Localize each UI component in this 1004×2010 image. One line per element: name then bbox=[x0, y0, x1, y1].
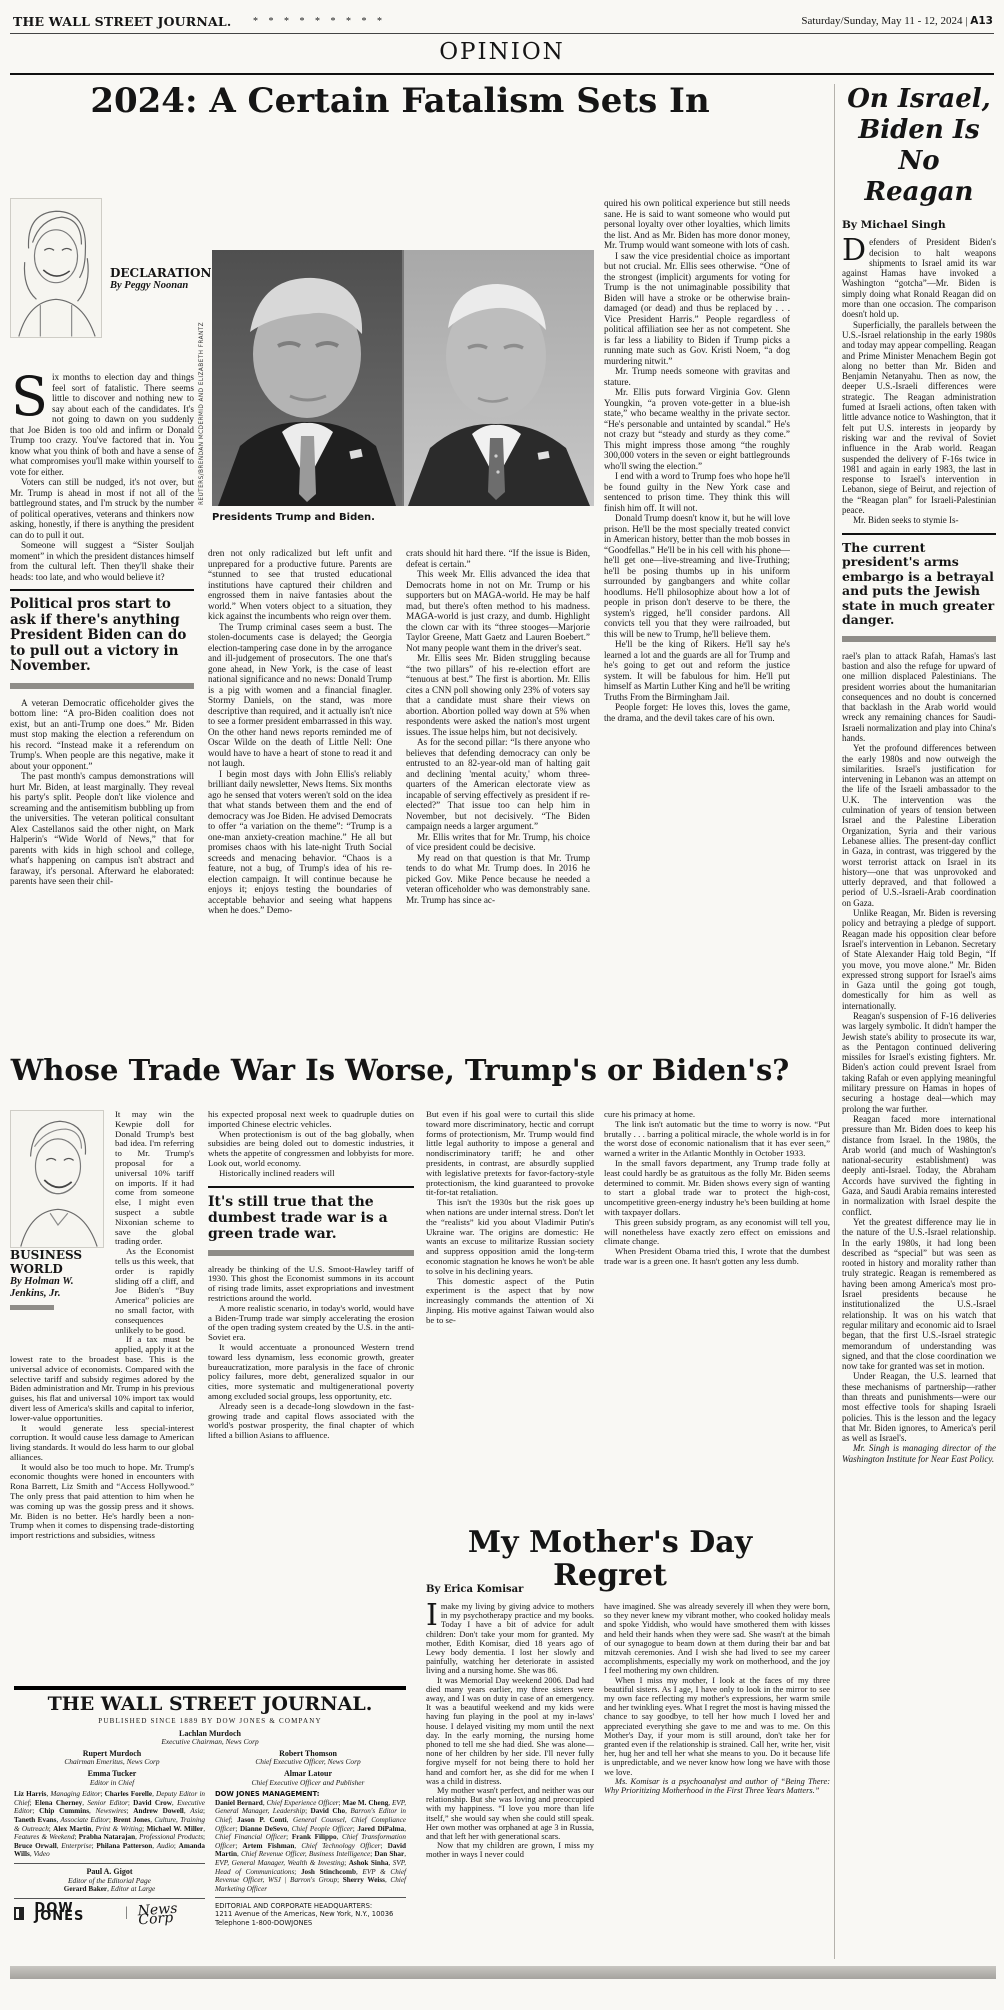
paragraph: When I miss my mother, I look at the fac… bbox=[604, 1676, 830, 1777]
paragraph: My mother wasn't perfect, and neither wa… bbox=[426, 1786, 594, 1841]
pull-quote-bar bbox=[208, 1250, 414, 1256]
person-role: , Senior Editor bbox=[82, 1799, 128, 1807]
person-role: , Editor at Large bbox=[107, 1885, 155, 1893]
paragraph: Mr. Trump needs someone with gravitas an… bbox=[604, 366, 790, 387]
masthead-columns: Liz Harris, Managing Editor; Charles For… bbox=[14, 1790, 406, 1927]
paragraph: The past month's campus demonstrations w… bbox=[10, 771, 194, 887]
person-role: , Professional Products bbox=[135, 1833, 203, 1841]
singh-author-bio: Mr. Singh is managing director of the Wa… bbox=[842, 1443, 996, 1464]
person-name: Ashok Sinha bbox=[349, 1859, 389, 1867]
singh-article: On Israel, Biden Is No Reagan By Michael… bbox=[842, 84, 996, 1960]
paragraph: Mr. Ellis puts forward Virginia Gov. Gle… bbox=[604, 387, 790, 471]
edition-stars: * * * * * * * * * bbox=[253, 16, 386, 27]
kicker-line: WORLD bbox=[10, 1262, 108, 1276]
person-role: , Chief Experience Officer bbox=[263, 1799, 339, 1807]
hq-address: 1211 Avenue of the Americas, New York, N… bbox=[215, 1910, 406, 1918]
corporate-logos: DOW JONES | News Corp bbox=[14, 1905, 205, 1922]
masthead-cell: Almar Latour Chief Executive Officer and… bbox=[210, 1770, 406, 1787]
noonan-column-4: quired his own political experience but … bbox=[604, 198, 790, 1044]
person-role: , Enterprise bbox=[57, 1842, 92, 1850]
singh-headline-line: Biden Is bbox=[842, 115, 996, 146]
person-name: Jared DiPalma bbox=[357, 1825, 404, 1833]
noonan-byline: By Peggy Noonan bbox=[110, 280, 220, 292]
masthead-title: THE WALL STREET JOURNAL. bbox=[14, 1694, 406, 1715]
paragraph: I end with a word to Trump foes who hope… bbox=[604, 471, 790, 513]
paragraph: If a tax must be applied, apply it at th… bbox=[10, 1335, 194, 1423]
section-title: OPINION bbox=[0, 39, 1004, 65]
paragraph: already be thinking of the U.S. Smoot-Ha… bbox=[208, 1265, 414, 1304]
paragraph: Mr. Ellis writes that for Mr. Trump, his… bbox=[406, 832, 590, 853]
dow-jones-management-list: Daniel Bernard, Chief Experience Officer… bbox=[215, 1799, 406, 1894]
singh-paragraphs-b: rael's plan to attack Rafah, Hamas's las… bbox=[842, 651, 996, 1444]
photo-biden bbox=[404, 250, 594, 506]
person-name: Artem Fishman bbox=[243, 1842, 295, 1850]
masthead-staff-right: DOW JONES MANAGEMENT: Daniel Bernard, Ch… bbox=[215, 1790, 406, 1927]
dow-jones-logo-text: DOW JONES bbox=[34, 1905, 115, 1922]
divider bbox=[215, 1897, 406, 1898]
person-name: Gerard Baker bbox=[64, 1885, 107, 1893]
photo-trump-biden bbox=[212, 250, 594, 506]
noonan-col1b-paragraphs: A veteran Democratic officeholder gives … bbox=[10, 698, 194, 887]
divider bbox=[10, 33, 994, 34]
divider bbox=[14, 1863, 205, 1864]
komisar-byline: By Erica Komisar bbox=[426, 1584, 523, 1595]
person-name: Jason P. Conti bbox=[237, 1816, 286, 1824]
paragraph: I begin most days with John Ellis's reli… bbox=[208, 769, 392, 916]
paragraph: Yet the greatest difference may lie in t… bbox=[842, 1217, 996, 1371]
paragraph: This isn't the 1930s but the risk goes u… bbox=[426, 1198, 594, 1276]
komisar-column-2: have imagined. She was already severely … bbox=[604, 1602, 830, 1966]
noonan-kicker-block: DECLARATIONS By Peggy Noonan bbox=[110, 266, 220, 292]
jenkins-headline: Whose Trade War Is Worse, Trump's or Bid… bbox=[10, 1054, 790, 1087]
photo-credit: REUTERS/BRENDAN MCDERMID AND ELIZABETH F… bbox=[199, 322, 205, 505]
person-role: Chairman Emeritus, News Corp bbox=[14, 1758, 210, 1767]
masthead-tagline: PUBLISHED SINCE 1889 BY DOW JONES & COMP… bbox=[14, 1717, 406, 1726]
column-kicker: DECLARATIONS bbox=[110, 266, 220, 280]
person-name: Dianne DeSevo bbox=[240, 1825, 287, 1833]
singh-headline-line: On Israel, bbox=[842, 84, 996, 115]
singh-headline-line: No Reagan bbox=[842, 146, 996, 208]
komisar-headline: My Mother's Day Regret bbox=[426, 1526, 794, 1592]
person-name: Michael W. Miller bbox=[146, 1825, 203, 1833]
divider bbox=[10, 73, 994, 75]
paragraph: People forget: He loves this, loves the … bbox=[604, 702, 790, 723]
paragraph: He'll be the king of Rikers. He'll say h… bbox=[604, 639, 790, 702]
person-name: Charles Forelle bbox=[105, 1790, 153, 1798]
jenkins-column-2: his expected proposal next week to quadr… bbox=[208, 1110, 414, 1684]
paragraph: Already seen is a decade-long slowdown i… bbox=[208, 1402, 414, 1441]
komisar-column-1: I make my living by giving advice to mot… bbox=[426, 1602, 594, 1966]
jenkins-portrait-sketch bbox=[10, 1110, 104, 1248]
paragraph: It would generate less special-interest … bbox=[10, 1424, 194, 1463]
editor-at-large: Gerard Baker, Editor at Large bbox=[14, 1885, 205, 1894]
masthead: THE WALL STREET JOURNAL. PUBLISHED SINCE… bbox=[14, 1694, 406, 1927]
noonan-pull-quote: Political pros start to ask if there's a… bbox=[10, 589, 194, 689]
dateline: Saturday/Sunday, May 11 - 12, 2024 | A13 bbox=[801, 15, 993, 27]
person-name: Elena Cherney bbox=[35, 1799, 82, 1807]
pull-quote-bar bbox=[10, 683, 194, 689]
person-role: , Chief Revenue Officer, Business Intell… bbox=[237, 1850, 370, 1858]
paragraph: This green subsidy program, as any econo… bbox=[604, 1218, 830, 1247]
paragraph: It would also be too much to hope. Mr. T… bbox=[10, 1463, 194, 1541]
person-name: Taneth Evans bbox=[14, 1816, 56, 1824]
person-name: Chip Cummins bbox=[39, 1807, 89, 1815]
paragraph: Reagan faced more international pressure… bbox=[842, 1114, 996, 1217]
person-role: , Chief People Officer bbox=[287, 1825, 353, 1833]
paragraph: A more realistic scenario, in today's wo… bbox=[208, 1304, 414, 1343]
masthead-row: Emma Tucker Editor in Chief Almar Latour… bbox=[14, 1770, 406, 1787]
komisar-col2-paragraphs: have imagined. She was already severely … bbox=[604, 1602, 830, 1777]
jenkins-byline: By Holman W. Jenkins, Jr. bbox=[10, 1276, 108, 1300]
paragraph: As for the second pillar: “Is there anyo… bbox=[406, 737, 590, 832]
paragraph: This week Mr. Ellis advanced the idea th… bbox=[406, 569, 590, 653]
person-name: Bruce Orwall bbox=[14, 1842, 57, 1850]
person-name: Dan Shar bbox=[374, 1850, 404, 1858]
pull-quote-text: The current president's arms embargo is … bbox=[842, 541, 996, 628]
hq-label: EDITORIAL AND CORPORATE HEADQUARTERS: bbox=[215, 1902, 406, 1910]
dow-jones-logo-icon bbox=[14, 1907, 24, 1920]
paragraph: Mr. Singh is managing director of the Wa… bbox=[842, 1443, 996, 1464]
paragraph: I make my living by giving advice to mot… bbox=[426, 1602, 594, 1676]
person-name: Frank Filippo bbox=[292, 1833, 337, 1841]
person-name: Sherry Weiss bbox=[343, 1876, 385, 1884]
masthead-rule bbox=[14, 1686, 406, 1690]
masthead-cell: Emma Tucker Editor in Chief bbox=[14, 1770, 210, 1787]
person-role: Chief Executive Officer, News Corp bbox=[210, 1758, 406, 1767]
person-role: , Managing Editor bbox=[46, 1790, 100, 1798]
paragraph: Unlike Reagan, Mr. Biden is reversing po… bbox=[842, 908, 996, 1011]
noonan-column-1: Six months to election day and things fe… bbox=[10, 372, 194, 1044]
paragraph: quired his own political experience but … bbox=[604, 198, 790, 251]
paragraph: crats should hit hard there. “If the iss… bbox=[406, 548, 590, 569]
kicker-line: BUSINESS bbox=[10, 1248, 108, 1262]
journal-brand: THE WALL STREET JOURNAL. bbox=[13, 14, 231, 29]
paragraph: rael's plan to attack Rafah, Hamas's las… bbox=[842, 651, 996, 744]
paragraph: Ms. Komisar is a psychoanalyst and autho… bbox=[604, 1777, 830, 1795]
paragraph: Mr. Biden seeks to stymie Is- bbox=[842, 515, 996, 525]
paragraph: Reagan's suspension of F-16 deliveries w… bbox=[842, 1011, 996, 1114]
paragraph: The link isn't automatic but the time to… bbox=[604, 1120, 830, 1159]
signature-bar bbox=[10, 1305, 54, 1310]
jenkins-pull-quote: It's still true that the dumbest trade w… bbox=[208, 1186, 414, 1256]
paragraph: have imagined. She was already severely … bbox=[604, 1602, 830, 1676]
newspaper-page: THE WALL STREET JOURNAL. * * * * * * * *… bbox=[0, 0, 1004, 2010]
singh-paragraphs-a: Defenders of President Biden's decision … bbox=[842, 237, 996, 525]
person-name: Josh Stinchcomb bbox=[301, 1868, 356, 1876]
pull-quote-text: Political pros start to ask if there's a… bbox=[10, 597, 194, 675]
masthead-cell: Rupert Murdoch Chairman Emeritus, News C… bbox=[14, 1750, 210, 1767]
paragraph: Donald Trump doesn't know it, but he wil… bbox=[604, 513, 790, 639]
person-name: Philana Patterson bbox=[96, 1842, 152, 1850]
noonan-headline: 2024: A Certain Fatalism Sets In bbox=[10, 82, 790, 120]
jenkins-col2a-paragraphs: his expected proposal next week to quadr… bbox=[208, 1110, 414, 1179]
person-role: Editor in Chief bbox=[14, 1779, 210, 1788]
paragraph: his expected proposal next week to quadr… bbox=[208, 1110, 414, 1130]
paragraph: Historically inclined readers will bbox=[208, 1169, 414, 1179]
noonan-author-block: DECLARATIONS By Peggy Noonan bbox=[10, 198, 200, 348]
paragraph: The Trump criminal cases seem a bust. Th… bbox=[208, 622, 392, 769]
singh-pull-quote: The current president's arms embargo is … bbox=[842, 533, 996, 642]
photo-caption: Presidents Trump and Biden. bbox=[212, 512, 594, 523]
paragraph: Defenders of President Biden's decision … bbox=[842, 237, 996, 319]
person-role: , Print & Writing bbox=[91, 1825, 142, 1833]
person-role: , Asia bbox=[184, 1807, 203, 1815]
paragraph: This domestic aspect of the Putin experi… bbox=[426, 1277, 594, 1326]
person-name: Andrew Dowell bbox=[133, 1807, 184, 1815]
masthead-row: Rupert Murdoch Chairman Emeritus, News C… bbox=[14, 1750, 406, 1767]
hq-phone: Telephone 1-800-DOWJONES bbox=[215, 1919, 406, 1927]
noonan-col1-paragraphs: Six months to election day and things fe… bbox=[10, 372, 194, 582]
paragraph: Six months to election day and things fe… bbox=[10, 372, 194, 477]
column-rule bbox=[834, 84, 835, 1959]
page-number: A13 bbox=[970, 15, 993, 27]
paragraph: When President Obama tried this, I wrote… bbox=[604, 1247, 830, 1267]
dow-jones-management-header: DOW JONES MANAGEMENT: bbox=[215, 1790, 406, 1799]
paragraph: It was Memorial Day weekend 2006. Dad ha… bbox=[426, 1676, 594, 1786]
logo-separator: | bbox=[125, 1909, 128, 1918]
paragraph: Now that my children are grown, I miss m… bbox=[426, 1841, 594, 1859]
person-name: Prabha Natarajan bbox=[79, 1833, 135, 1841]
person-name: David Crow bbox=[133, 1799, 172, 1807]
jenkins-column-4: cure his primacy at home.The link isn't … bbox=[604, 1110, 830, 1492]
person-role: Chief Executive Officer and Publisher bbox=[210, 1779, 406, 1788]
person-name: Liz Harris bbox=[14, 1790, 46, 1798]
person-role: Executive Chairman, News Corp bbox=[14, 1738, 406, 1747]
person-role: , Associate Editor bbox=[56, 1816, 108, 1824]
headquarters-block: EDITORIAL AND CORPORATE HEADQUARTERS: 12… bbox=[215, 1902, 406, 1927]
divider bbox=[14, 1898, 205, 1899]
singh-headline: On Israel, Biden Is No Reagan bbox=[842, 84, 996, 208]
person-name: Brent Jones bbox=[113, 1816, 150, 1824]
paragraph: A veteran Democratic officeholder gives … bbox=[10, 698, 194, 772]
person-role: Editor of the Editorial Page bbox=[14, 1877, 205, 1886]
jenkins-author-block: BUSINESS WORLD By Holman W. Jenkins, Jr. bbox=[10, 1110, 108, 1346]
jenkins-column-1: BUSINESS WORLD By Holman W. Jenkins, Jr.… bbox=[10, 1110, 194, 1684]
person-name: Daniel Bernard bbox=[215, 1799, 263, 1807]
person-role: , Chief Technology Officer bbox=[294, 1842, 380, 1850]
jenkins-col2b-paragraphs: already be thinking of the U.S. Smoot-Ha… bbox=[208, 1265, 414, 1441]
noonan-column-2: dren not only radicalized but left unfit… bbox=[208, 548, 392, 1044]
column-kicker: BUSINESS WORLD bbox=[10, 1248, 108, 1276]
paragraph: Superficially, the parallels between the… bbox=[842, 320, 996, 516]
paragraph: But even if his goal were to curtail thi… bbox=[426, 1110, 594, 1198]
photo-trump bbox=[212, 250, 402, 506]
paragraph: My read on that question is that Mr. Tru… bbox=[406, 853, 590, 906]
paragraph: Under Reagan, the U.S. learned that thes… bbox=[842, 1371, 996, 1443]
paragraph: In the small favors department, any Trum… bbox=[604, 1159, 830, 1218]
paragraph: I saw the vice presidential choice as im… bbox=[604, 251, 790, 367]
masthead-executive-chairman: Lachlan Murdoch Executive Chairman, News… bbox=[14, 1730, 406, 1747]
pull-quote-bar bbox=[842, 636, 996, 642]
editorial-page-editor: Paul A. Gigot Editor of the Editorial Pa… bbox=[14, 1868, 205, 1894]
komisar-author-bio: Ms. Komisar is a psychoanalyst and autho… bbox=[604, 1777, 830, 1795]
person-name: Mae M. Cheng bbox=[342, 1799, 388, 1807]
person-name: Alex Martin bbox=[53, 1825, 91, 1833]
paragraph: dren not only radicalized but left unfit… bbox=[208, 548, 392, 622]
date-text: Saturday/Sunday, May 11 - 12, 2024 | bbox=[801, 15, 967, 27]
person-role: , Newswires bbox=[89, 1807, 126, 1815]
singh-byline: By Michael Singh bbox=[842, 220, 996, 230]
paragraph: It would accentuate a pronounced Western… bbox=[208, 1343, 414, 1402]
paragraph: Yet the profound differences between the… bbox=[842, 743, 996, 908]
noonan-portrait-sketch bbox=[10, 198, 102, 338]
paragraph: Someone will suggest a “Sister Souljah m… bbox=[10, 540, 194, 582]
paragraph: Voters can still be nudged, it's not ove… bbox=[10, 477, 194, 540]
paragraph: Mr. Ellis sees Mr. Biden struggling beca… bbox=[406, 653, 590, 737]
masthead-cell: Robert Thomson Chief Executive Officer, … bbox=[210, 1750, 406, 1767]
person-name: David Cho bbox=[311, 1807, 346, 1815]
person-role: , Video bbox=[30, 1850, 50, 1858]
paragraph: When protectionism is out of the bag glo… bbox=[208, 1130, 414, 1169]
person-role: , Audio bbox=[152, 1842, 174, 1850]
news-corp-logo: News Corp bbox=[137, 1902, 205, 1924]
jenkins-column-3: But even if his goal were to curtail thi… bbox=[426, 1110, 594, 1502]
masthead-staff-left: Liz Harris, Managing Editor; Charles For… bbox=[14, 1790, 205, 1927]
page-bottom-bar bbox=[10, 1966, 996, 1979]
noonan-column-3: crats should hit hard there. “If the iss… bbox=[406, 548, 590, 1044]
pull-quote-text: It's still true that the dumbest trade w… bbox=[208, 1194, 414, 1242]
staff-list: Liz Harris, Managing Editor; Charles For… bbox=[14, 1790, 205, 1859]
